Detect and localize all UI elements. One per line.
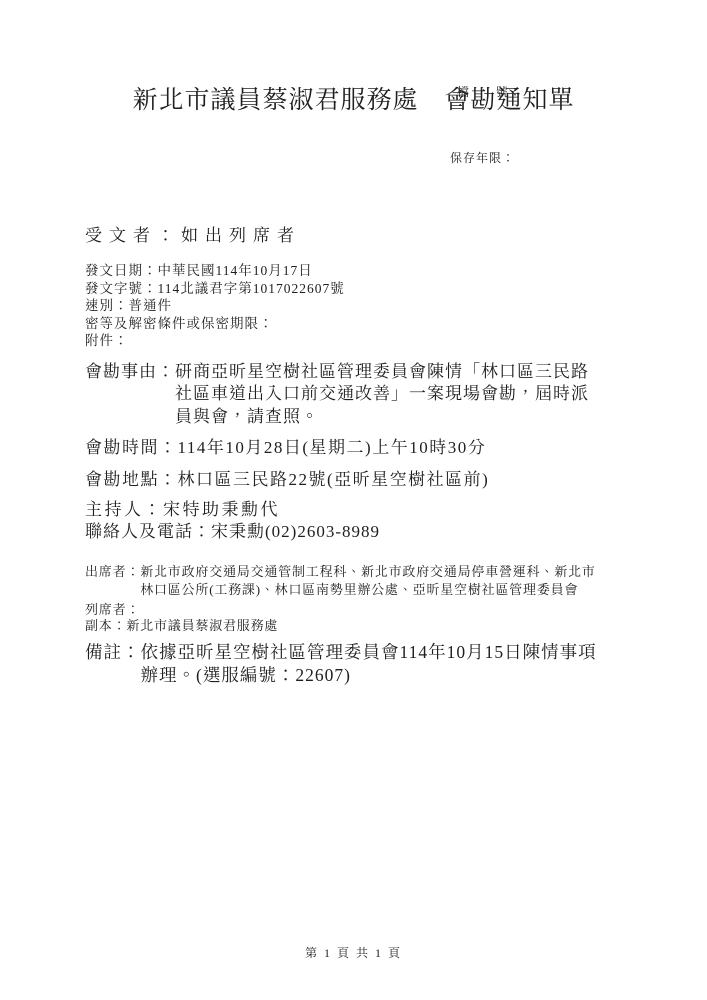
recipient-line: 受文者：如出列席者 xyxy=(85,226,645,246)
speed-line: 速別：普通件 xyxy=(85,297,645,315)
remarks-line: 依據亞昕星空樹社區管理委員會114年10月15日陳情事項 xyxy=(141,641,597,664)
doc-number-line: 發文字號：114北議君字第1017022607號 xyxy=(85,280,645,298)
remarks-label: 備註： xyxy=(85,641,141,664)
attendees-text: 新北市政府交通局交通管制工程科、新北市政府交通局停車營運科、新北市 林口區公所(… xyxy=(140,563,595,598)
inspection-subject-label: 會勘事由： xyxy=(85,361,175,384)
subject-line: 社區車道出入口前交通改善」一案現場會勘，屆時派 xyxy=(175,383,589,406)
attendees-line: 林口區公所(工務課)、林口區南勢里辦公處、亞昕星空樹社區管理委員會 xyxy=(140,581,595,599)
inspection-time-line: 會勘時間：114年10月28日(星期二)上午10時30分 xyxy=(85,438,645,458)
meta-section: 發文日期：中華民國114年10月17日 發文字號：114北議君字第1017022… xyxy=(85,262,645,350)
document-title: 新北市議員蔡淑君服務處 會勘通知單 xyxy=(0,80,707,116)
host-line: 主持人：宋特助秉勳代 xyxy=(85,500,645,520)
attachment-line: 附件： xyxy=(85,332,645,350)
subject-line: 員與會，請查照。 xyxy=(175,406,589,429)
subject-line: 研商亞昕星空樹社區管理委員會陳情「林口區三民路 xyxy=(175,361,589,384)
inspection-subject-section: 會勘事由： 研商亞昕星空樹社區管理委員會陳情「林口區三民路 社區車道出入口前交通… xyxy=(85,361,645,429)
security-line: 密等及解密條件或保密期限： xyxy=(85,315,645,333)
copy-to-line: 副本：新北市議員蔡淑君服務處 xyxy=(85,618,645,633)
archive-header: 檔 號： 保存年限： xyxy=(450,37,522,213)
attendees-label: 出席者： xyxy=(85,563,140,581)
inspection-location-line: 會勘地點：林口區三民路22號(亞昕星空樹社區前) xyxy=(85,470,645,490)
contact-line: 聯絡人及電話：宋秉勳(02)2603-8989 xyxy=(85,522,645,542)
inspection-subject-text: 研商亞昕星空樹社區管理委員會陳情「林口區三民路 社區車道出入口前交通改善」一案現… xyxy=(175,361,589,429)
attendees-section: 出席者： 新北市政府交通局交通管制工程科、新北市政府交通局停車營運科、新北市 林… xyxy=(85,563,645,598)
observers-line: 列席者： xyxy=(85,602,645,617)
document-page: 檔 號： 保存年限： 新北市議員蔡淑君服務處 會勘通知單 受文者：如出列席者 發… xyxy=(0,0,707,1000)
retention-period-label: 保存年限： xyxy=(450,147,522,169)
document-body: 受文者：如出列席者 發文日期：中華民國114年10月17日 發文字號：114北議… xyxy=(85,226,645,686)
issue-date-line: 發文日期：中華民國114年10月17日 xyxy=(85,262,645,280)
remarks-section: 備註： 依據亞昕星空樹社區管理委員會114年10月15日陳情事項 辦理。(選服編… xyxy=(85,641,645,686)
attendees-line: 新北市政府交通局交通管制工程科、新北市政府交通局停車營運科、新北市 xyxy=(140,563,595,581)
page-number-footer: 第 1 頁 共 1 頁 xyxy=(0,944,707,961)
remarks-text: 依據亞昕星空樹社區管理委員會114年10月15日陳情事項 辦理。(選服編號：22… xyxy=(141,641,597,686)
remarks-line: 辦理。(選服編號：22607) xyxy=(141,664,597,687)
